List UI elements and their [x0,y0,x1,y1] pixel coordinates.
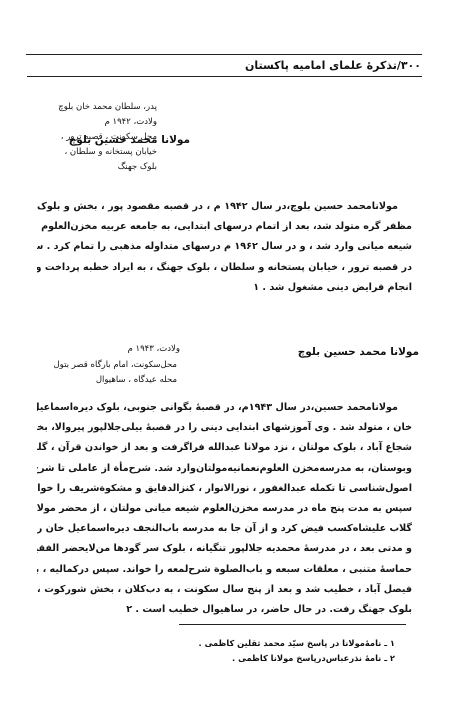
entry-2-body-line: وبوستان، به مدرسه‌مخزن العلوم‌نعمانیه‌مو… [37,459,412,479]
document-page: ۳۰۰/تذکرهٔ علمای امامیه پاکستان مولانا م… [0,0,463,706]
header-rule-bottom [27,76,422,77]
entry-2-body-line: بلوک جهنگ رفت. در حال حاضر، در ساهیوال خ… [37,600,412,620]
entry-2-residence-line2: محله عیدگاه ، ساهیوال [54,373,178,388]
header-rule-top [26,54,422,55]
entry-2-name: مولانا محمد حسین بلوچ [298,346,419,358]
entry-1-body-line: در قصبه ترور ، خیابان پستخانه و سلطان ، … [37,258,412,278]
entry-1-body: مولانامحمد حسین بلوچ،در سال ۱۹۴۲ م ، در … [37,197,412,298]
entry-2-body-line: فیصل آباد ، خطیب شد و بعد از پنج سال سکو… [37,580,412,600]
entry-2-meta: ولادت، ۱۹۴۳ م [128,342,180,357]
footnote-rule [179,624,406,625]
entry-2-body-line: خان ، متولد شد . وی آموزشهای ابتدایی دین… [37,418,412,438]
entry-2-residence-line1: محل‌سکونت، امام بارگاه قصر بتول [54,358,178,373]
entry-1-body-line: شیعه میانی وارد شد ، و در سال ۱۹۶۲ م درس… [37,237,412,257]
entry-1-body-line: مظفر گره متولد شد، بعد از اتمام درسهای ا… [37,217,412,237]
entry-2-body: مولانامحمد حسین،در سال ۱۹۴۳م، در قصبهٔ ب… [37,398,412,620]
footnote-1: ۱ ـ نامهٔ‌مولانا در پاسخ سیّد محمد ثقلین… [150,636,395,651]
entry-1-body-line: مولانامحمد حسین بلوچ،در سال ۱۹۴۲ م ، در … [37,197,412,217]
entry-2-residence: محل‌سکونت، امام بارگاه قصر بتول محله عید… [54,358,178,388]
footnote-2: ۲ ـ نامهٔ نذرعباس‌درپاسخ مولانا کاظمی . [150,651,395,666]
entry-1-father: پدر، سلطان محمد خان بلوچ [58,100,157,115]
entry-2-body-line: گلاب علیشاه‌کسب فیض کرد و از آن جا به مد… [37,519,412,539]
entry-2-body-line: و مدتی بعد ، در مدرسهٔ محمدیه جلالپور تن… [37,539,412,559]
entry-2-body-line: سپس به مدت پنج ماه در مدرسه مخزن‌العلوم … [37,499,412,519]
entry-2-body-line: اصول‌شناسی تا تکمله عبدالغفور ، نورالانو… [37,479,412,499]
entry-1-body-line: انجام فرایض دینی مشغول شد . ۱ [37,278,412,298]
entry-2-birth: ولادت، ۱۹۴۳ م [128,342,180,357]
entry-2-body-line: مولانامحمد حسین،در سال ۱۹۴۳م، در قصبهٔ ب… [37,398,412,418]
entry-2-body-line: شجاع آباد ، بلوک مولتان ، نزد مولانا عبد… [37,438,412,458]
footnotes: ۱ ـ نامهٔ‌مولانا در پاسخ سیّد محمد ثقلین… [150,636,395,666]
entry-1-residence-line2: خیابان پستخانه و سلطان ، [58,145,157,160]
entry-1-birth: ولادت، ۱۹۴۲ م [58,115,157,130]
entry-1-residence-line3: بلوک جهنگ [58,160,157,175]
entry-2-body-line: حماسهٔ متنبی ، معلقات سبعه و باب‌الصلوة … [37,560,412,580]
entry-1-residence-line1: محل سکونت ، قصبه ترور ، [58,130,157,145]
entry-1-meta: پدر، سلطان محمد خان بلوچ ولادت، ۱۹۴۲ م م… [58,100,157,175]
running-head: ۳۰۰/تذکرهٔ علمای امامیه پاکستان [26,58,421,74]
